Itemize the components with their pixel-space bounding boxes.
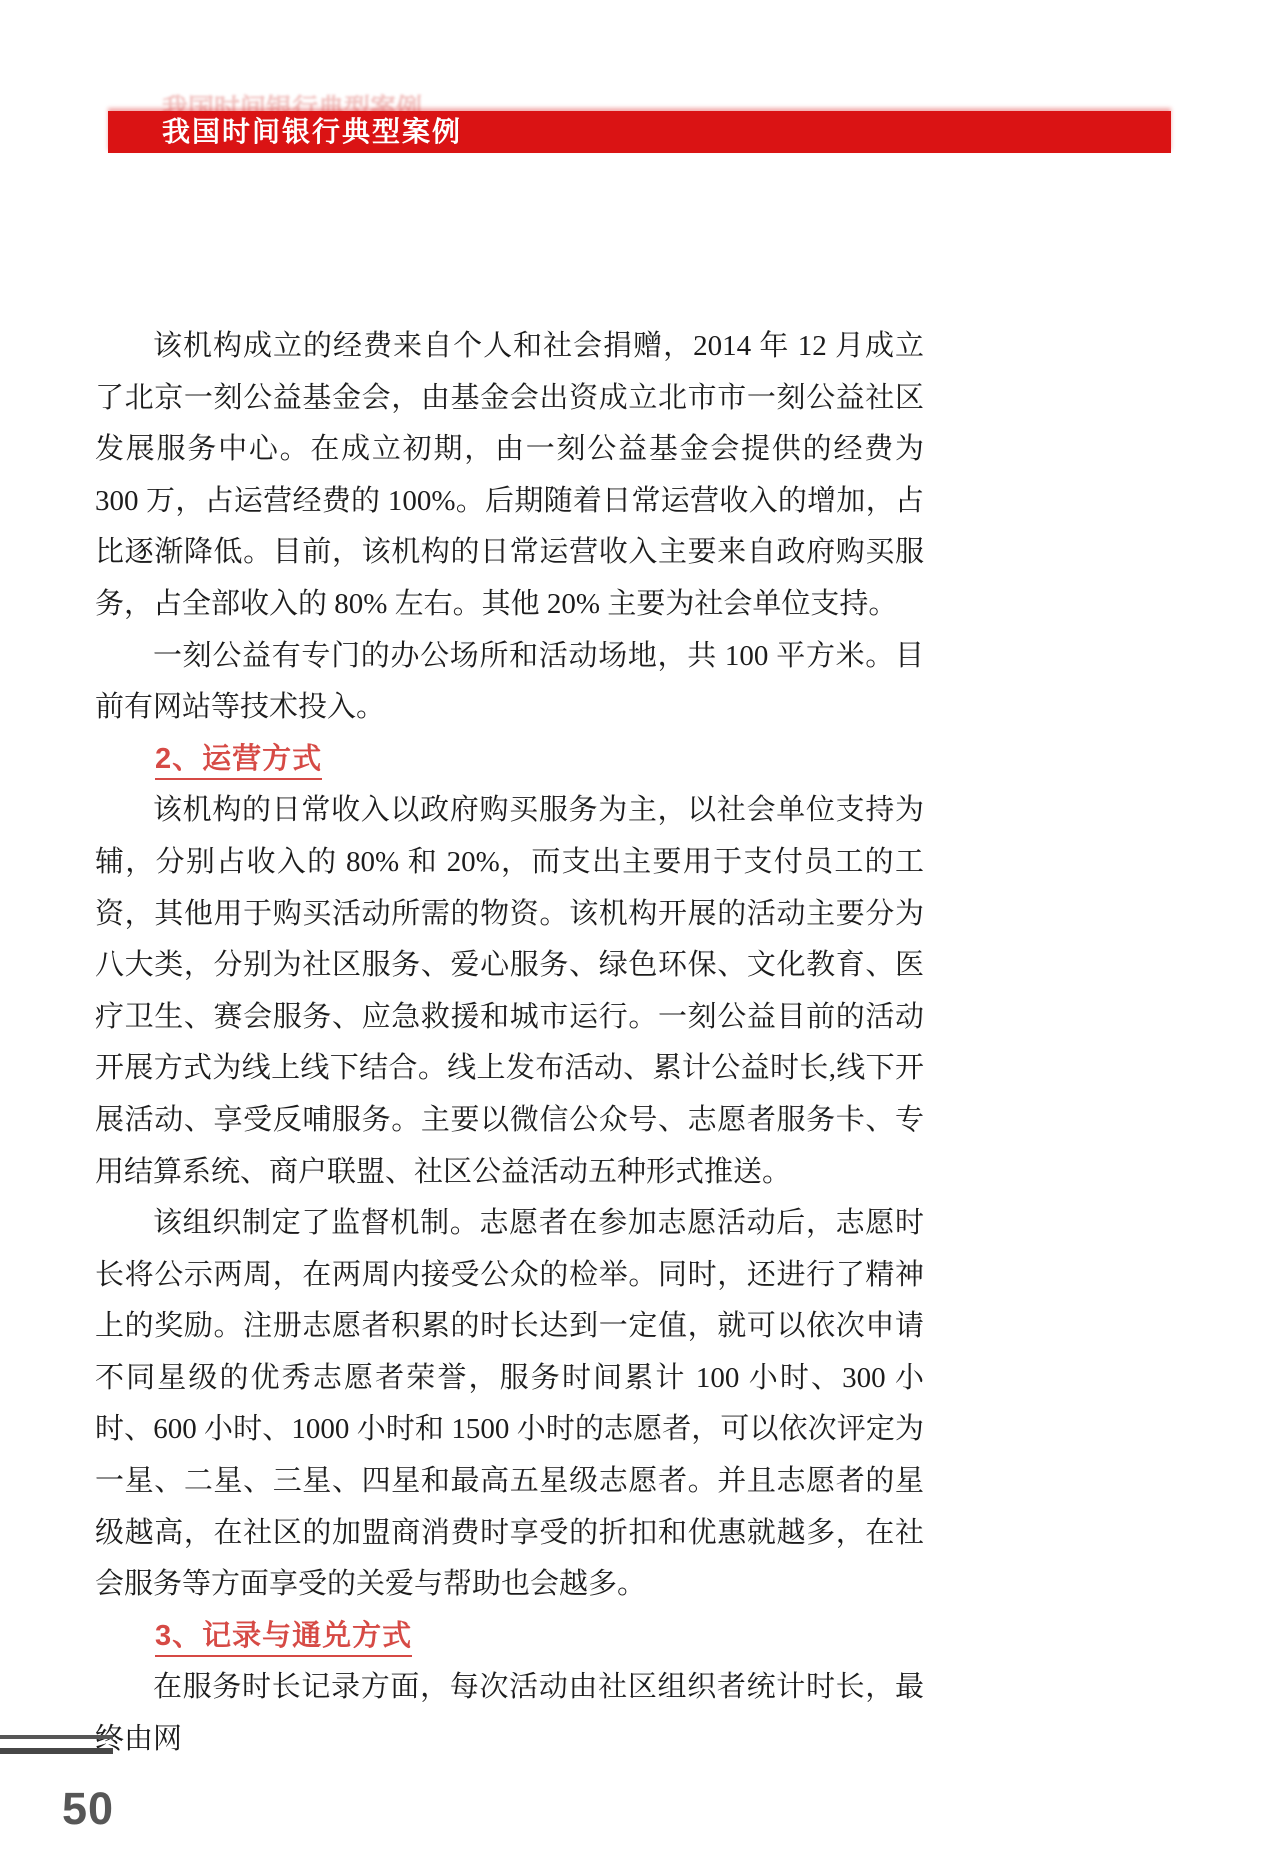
body-text-column: 该机构成立的经费来自个人和社会捐赠，2014 年 12 月成立了北京一刻公益基金… xyxy=(95,321,924,1766)
paragraph-supervision-rewards: 该组织制定了监督机制。志愿者在参加志愿活动后，志愿时长将公示两周，在两周内接受公… xyxy=(95,1198,924,1611)
footer-rule-thin xyxy=(0,1735,113,1739)
paragraph-operation-details: 该机构的日常收入以政府购买服务为主，以社会单位支持为辅，分别占收入的 80% 和… xyxy=(95,785,924,1198)
footer-rule-thick xyxy=(0,1748,113,1754)
section-heading-record-exchange: 3、记录与通兑方式 xyxy=(155,1619,412,1657)
page-number: 50 xyxy=(62,1783,114,1835)
section-heading-line: 3、记录与通兑方式 xyxy=(95,1611,924,1663)
section-heading-line: 2、运营方式 xyxy=(95,734,924,786)
chapter-header-bar: 我国时间银行典型案例 xyxy=(108,111,1171,153)
paragraph-office-space: 一刻公益有专门的办公场所和活动场地，共 100 平方米。目前有网站等技术投入。 xyxy=(95,631,924,734)
paragraph-funding: 该机构成立的经费来自个人和社会捐赠，2014 年 12 月成立了北京一刻公益基金… xyxy=(95,321,924,631)
section-heading-operation-mode: 2、运营方式 xyxy=(155,742,322,780)
document-page: 我国时间银行典型案例 我国时间银行典型案例 该机构成立的经费来自个人和社会捐赠，… xyxy=(0,0,1280,1865)
chapter-header-title: 我国时间银行典型案例 xyxy=(108,111,1171,153)
paragraph-record-method: 在服务时长记录方面，每次活动由社区组织者统计时长，最终由网 xyxy=(95,1662,924,1765)
